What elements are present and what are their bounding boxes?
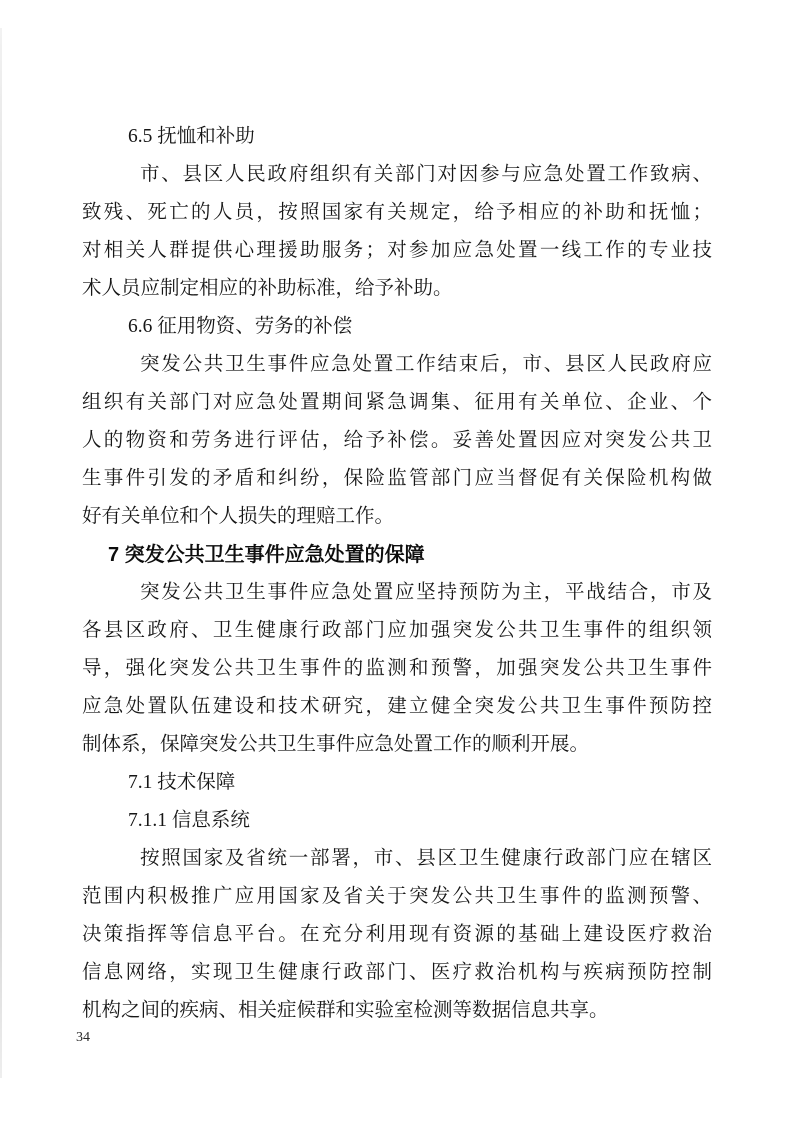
scan-edge-artifact xyxy=(0,28,2,1078)
paragraph-line: 生事件引发的矛盾和纠纷，保险监管部门应当督促有关保险机构做 xyxy=(82,460,712,498)
paragraph-line: 市、县区人民政府组织有关部门对因参与应急处置工作致病、 xyxy=(82,156,712,194)
paragraph-line: 突发公共卫生事件应急处置工作结束后，市、县区人民政府应 xyxy=(82,346,712,384)
paragraph-line: 致残、死亡的人员，按照国家有关规定，给予相应的补助和抚恤； xyxy=(82,194,712,232)
paragraph-line: 导，强化突发公共卫生事件的监测和预警，加强突发公共卫生事件 xyxy=(82,650,712,688)
paragraph-line: 应急处置队伍建设和技术研究，建立健全突发公共卫生事件预防控 xyxy=(82,688,712,726)
paragraph-line: 突发公共卫生事件应急处置应坚持预防为主，平战结合，市及 xyxy=(82,574,712,612)
page-number: 34 xyxy=(76,1028,90,1048)
paragraph-line: 信息网络，实现卫生健康行政部门、医疗救治机构与疾病预防控制 xyxy=(82,954,712,992)
paragraph-line: 按照国家及省统一部署，市、县区卫生健康行政部门应在辖区 xyxy=(82,840,712,878)
paragraph-line: 术人员应制定相应的补助标准，给予补助。 xyxy=(82,270,712,308)
heading-6-6: 6.6 征用物资、劳务的补偿 xyxy=(82,308,712,346)
paragraph-line: 范围内积极推广应用国家及省关于突发公共卫生事件的监测预警、 xyxy=(82,878,712,916)
heading-7: 7 突发公共卫生事件应急处置的保障 xyxy=(82,536,712,574)
heading-6-5: 6.5 抚恤和补助 xyxy=(82,118,712,156)
heading-7-1-1: 7.1.1 信息系统 xyxy=(82,802,712,840)
document-page: 6.5 抚恤和补助 市、县区人民政府组织有关部门对因参与应急处置工作致病、 致残… xyxy=(0,0,794,1122)
paragraph-line: 各县区政府、卫生健康行政部门应加强突发公共卫生事件的组织领 xyxy=(82,612,712,650)
heading-7-1: 7.1 技术保障 xyxy=(82,764,712,802)
document-body: 6.5 抚恤和补助 市、县区人民政府组织有关部门对因参与应急处置工作致病、 致残… xyxy=(82,118,712,1030)
paragraph-line: 机构之间的疾病、相关症候群和实验室检测等数据信息共享。 xyxy=(82,992,712,1030)
paragraph-line: 制体系，保障突发公共卫生事件应急处置工作的顺利开展。 xyxy=(82,726,712,764)
paragraph-line: 人的物资和劳务进行评估，给予补偿。妥善处置因应对突发公共卫 xyxy=(82,422,712,460)
paragraph-line: 决策指挥等信息平台。在充分利用现有资源的基础上建设医疗救治 xyxy=(82,916,712,954)
paragraph-line: 对相关人群提供心理援助服务；对参加应急处置一线工作的专业技 xyxy=(82,232,712,270)
paragraph-line: 组织有关部门对应急处置期间紧急调集、征用有关单位、企业、个 xyxy=(82,384,712,422)
paragraph-line: 好有关单位和个人损失的理赔工作。 xyxy=(82,498,712,536)
